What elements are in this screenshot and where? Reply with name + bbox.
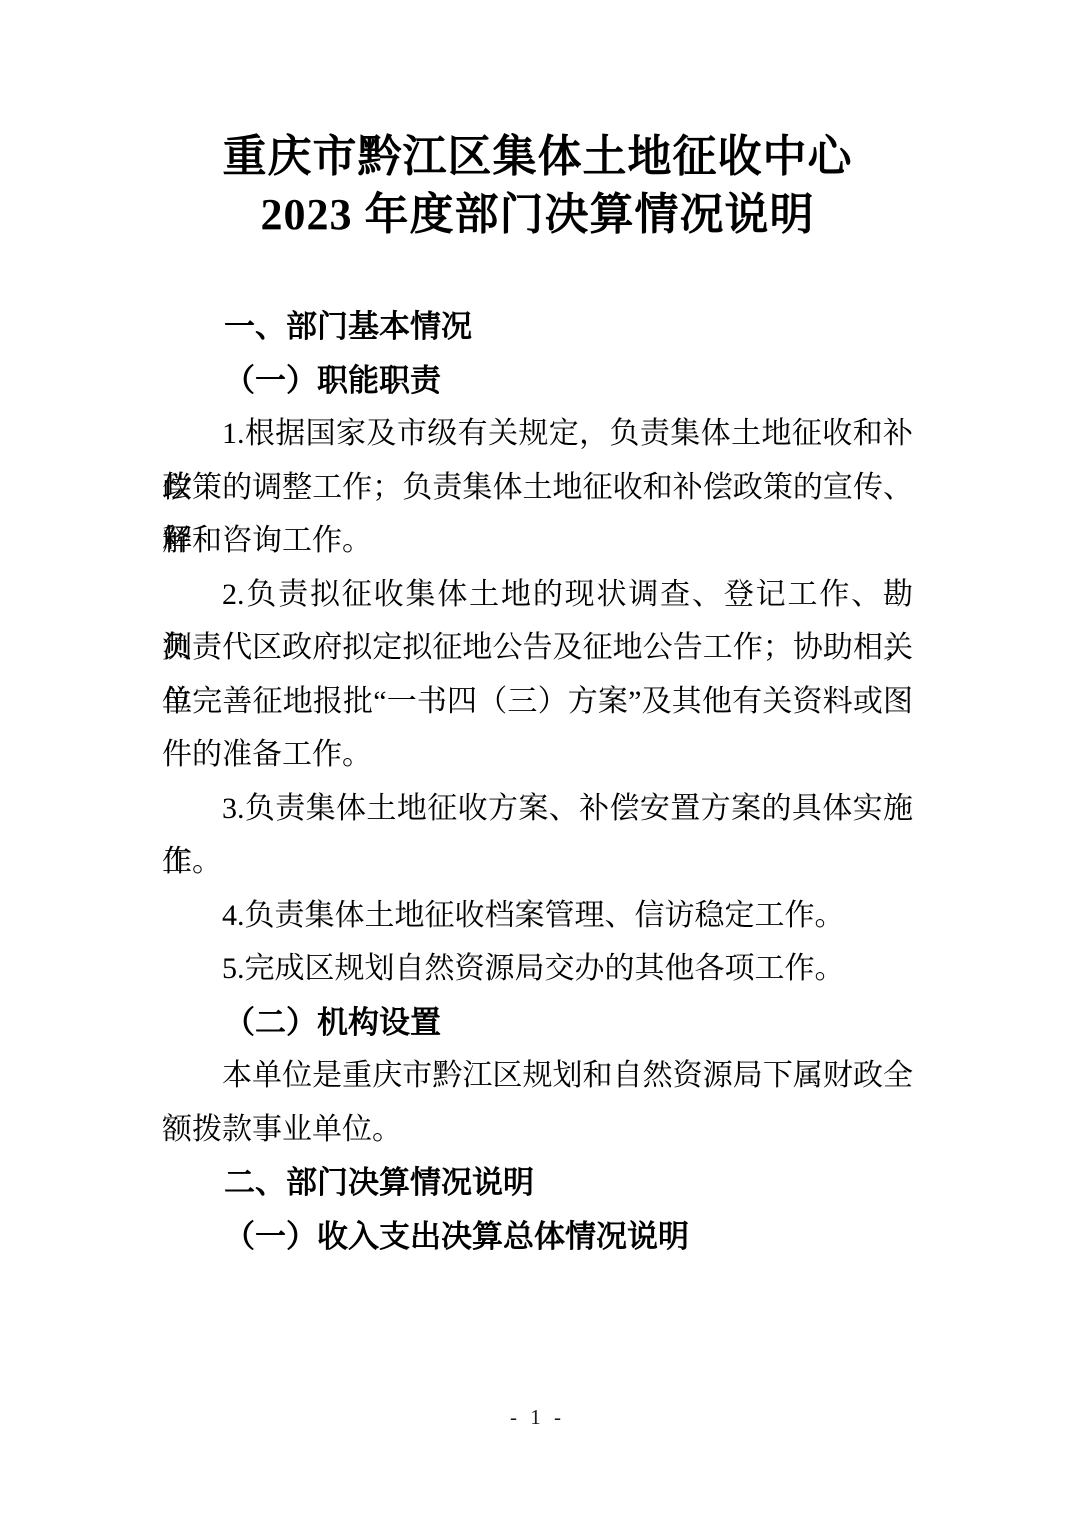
text-line: 5.完成区规划自然资源局交办的其他各项工作。 xyxy=(162,942,913,996)
subsection-heading: （一）职能职责 xyxy=(162,354,913,408)
text-line: 释和咨询工作。 xyxy=(162,514,913,568)
document-title-line-1: 重庆市黔江区集体土地征收中心 xyxy=(0,128,1075,186)
document-title-line-2: 2023 年度部门决算情况说明 xyxy=(0,186,1075,244)
text-line: 政策的调整工作；负责集体土地征收和补偿政策的宣传、解 xyxy=(162,461,913,515)
text-line: 4.负责集体土地征收档案管理、信访稳定工作。 xyxy=(162,889,913,943)
document-title: 重庆市黔江区集体土地征收中心 2023 年度部门决算情况说明 xyxy=(0,128,1075,244)
section-heading: 一、部门基本情况 xyxy=(162,300,913,354)
document-page: 重庆市黔江区集体土地征收中心 2023 年度部门决算情况说明 一、部门基本情况（… xyxy=(0,0,1075,1520)
subsection-heading: （二）机构设置 xyxy=(162,996,913,1050)
text-line: 作。 xyxy=(162,835,913,889)
section-heading: 二、部门决算情况说明 xyxy=(162,1156,913,1210)
text-line: 额拨款事业单位。 xyxy=(162,1103,913,1157)
text-line: 3.负责集体土地征收方案、补偿安置方案的具体实施工 xyxy=(162,782,913,836)
text-line: 本单位是重庆市黔江区规划和自然资源局下属财政全 xyxy=(162,1049,913,1103)
text-line: 2.负责拟征收集体土地的现状调查、登记工作、勘测； xyxy=(162,568,913,622)
text-line: 1.根据国家及市级有关规定，负责集体土地征收和补偿 xyxy=(162,407,913,461)
text-line: 件的准备工作。 xyxy=(162,728,913,782)
page-number: - 1 - xyxy=(0,1405,1075,1430)
text-line: 位完善征地报批“一书四（三）方案”及其他有关资料或图 xyxy=(162,675,913,729)
subsection-heading: （一）收入支出决算总体情况说明 xyxy=(162,1210,913,1264)
document-body: 一、部门基本情况（一）职能职责1.根据国家及市级有关规定，负责集体土地征收和补偿… xyxy=(162,300,913,1263)
text-line: 负责代区政府拟定拟征地公告及征地公告工作；协助相关单 xyxy=(162,621,913,675)
